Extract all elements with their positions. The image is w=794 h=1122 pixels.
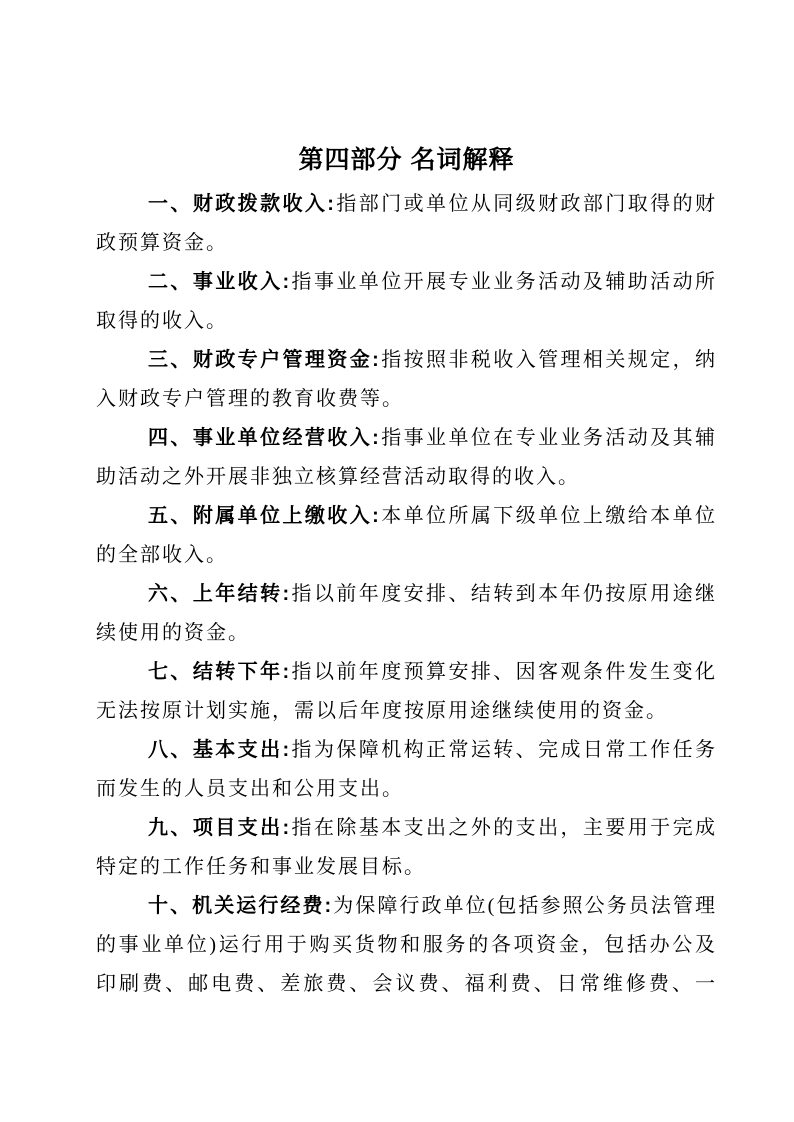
term-label: 五、附属单位上缴收入: — [148, 505, 381, 527]
term-label: 三、财政专户管理资金: — [148, 349, 381, 371]
terms-list: 一、财政拨款收入:指部门或单位从同级财政部门取得的财政预算资金。 二、事业收入:… — [96, 185, 717, 1004]
term-label: 二、事业收入: — [148, 271, 291, 293]
term-paragraph: 八、基本支出:指为保障机构正常运转、完成日常工作任务而发生的人员支出和公用支出。 — [96, 731, 717, 809]
term-label: 一、财政拨款收入: — [148, 193, 336, 215]
document-page: 第四部分 名词解释 一、财政拨款收入:指部门或单位从同级财政部门取得的财政预算资… — [0, 0, 794, 1122]
term-paragraph: 六、上年结转:指以前年度安排、结转到本年仍按原用途继续使用的资金。 — [96, 575, 717, 653]
page-title: 第四部分 名词解释 — [96, 140, 717, 180]
term-paragraph: 十、机关运行经费:为保障行政单位(包括参照公务员法管理的事业单位)运行用于购买货… — [96, 887, 717, 1004]
term-label: 九、项目支出: — [148, 817, 291, 839]
term-paragraph: 二、事业收入:指事业单位开展专业业务活动及辅助活动所取得的收入。 — [96, 263, 717, 341]
term-paragraph: 四、事业单位经营收入:指事业单位在专业业务活动及其辅助活动之外开展非独立核算经营… — [96, 419, 717, 497]
term-label: 四、事业单位经营收入: — [148, 427, 381, 449]
term-label: 七、结转下年: — [148, 661, 291, 683]
term-label: 六、上年结转: — [148, 583, 291, 605]
term-paragraph: 三、财政专户管理资金:指按照非税收入管理相关规定，纳入财政专户管理的教育收费等。 — [96, 341, 717, 419]
term-paragraph: 七、结转下年:指以前年度预算安排、因客观条件发生变化无法按原计划实施，需以后年度… — [96, 653, 717, 731]
term-paragraph: 一、财政拨款收入:指部门或单位从同级财政部门取得的财政预算资金。 — [96, 185, 717, 263]
term-label: 八、基本支出: — [148, 739, 291, 761]
term-paragraph: 五、附属单位上缴收入:本单位所属下级单位上缴给本单位的全部收入。 — [96, 497, 717, 575]
term-label: 十、机关运行经费: — [148, 895, 333, 917]
term-paragraph: 九、项目支出:指在除基本支出之外的支出，主要用于完成特定的工作任务和事业发展目标… — [96, 809, 717, 887]
